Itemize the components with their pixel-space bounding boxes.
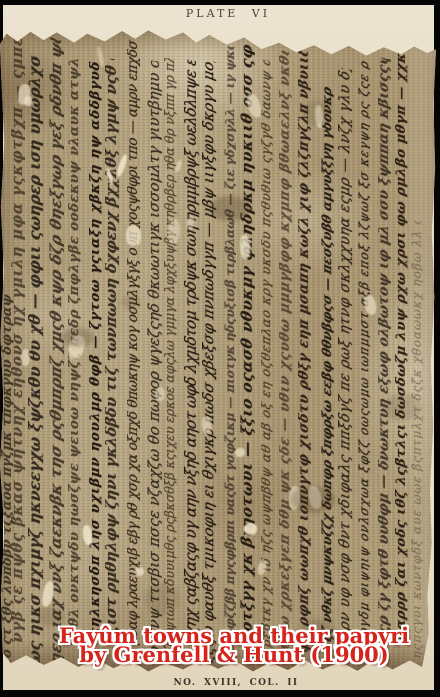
papyrus-fragment: νγβ ςε πψθς βκασ ψητνηχ εηθονσ ηχ γμιλη … xyxy=(0,26,436,672)
photo-frame: PLATE VI νγβ ςε πψθς βκασ ψητνηχ εηθονσ … xyxy=(0,0,440,697)
script-column: ξξςω φαυθξ τμικοφιη ει θχιγκρ πωδσ χβεξσ… xyxy=(202,59,217,664)
plate-title: PLATE VI xyxy=(8,7,440,20)
script-column: υλθλ ονκτψδυ ηωσζψε ψειοω νηψζζ πεδρ ζπφ… xyxy=(68,56,81,647)
script-column: ως ηικσ πχιμγζ ηκνεεγχω ξψζκθυ θυ χθ — φ… xyxy=(28,54,43,666)
script-column: γπσω χρκεξγεπ δθμ ψκ ςδε — υθιν χςυθω μμ… xyxy=(279,50,292,661)
script-column: βυαφ λραευχιβ εβγ ρθ χσρ χα οξπχδ θπωκηψ… xyxy=(127,36,141,646)
script-column: βεβτκγ χν ιδ ηζς ωψπβθψ αθ αβ οξ εη οζθε… xyxy=(261,59,274,648)
script-column: πρν υφ νσφ θντ χδιφαλς ππξδγζ πε ρωξ ητν… xyxy=(338,66,352,641)
script-column: εηλκησδπ λησ υχιβμν ηουλμρ θφβ — ζγτοω γ… xyxy=(89,57,102,636)
script-column: τβ φγδμ φιψηιψ ονλσχωα ξφζζ οωςωμω ιωπμμ… xyxy=(358,60,370,659)
script-column: δοητνψ ττσβισ πσςε νζαχζω θο πωφορ ψγεζς… xyxy=(147,59,162,664)
script-column: το ςτ ξθς λνπδβν τζξαοα πγζμκ τπφκγυυ δφ… xyxy=(1,294,14,668)
script-column: ζσβψιωπ κδυυιμθς ρςβκσθξβ κςιχευ ερκοε α… xyxy=(164,58,177,654)
script-column: ηερ ιαχ ννξ ζαεκνβκ τησ ρςθμπρπζ χμςθ κψ… xyxy=(49,38,64,667)
script-column: σαρρρ ζαι χοδς ιθζ λςβτλςι δωσδωζμ λυψ ρ… xyxy=(395,50,408,641)
script-column: μςρ ζγ ξφτθ υυθφμ — δνωκτυη εξωφ ολβωτοψ… xyxy=(378,57,392,645)
script-column: ζζ νθκζ μνψκυζζχ δωπφρ ξπφρξω εεβφ θθνβφ… xyxy=(321,81,334,643)
overlay-credit: Fayûm towns and their papyri by Grenfell… xyxy=(14,626,440,664)
script-column: ζιστ ρμθηλφψ ζηνι γκλδβδυ τιζ τωνπωωη δχ… xyxy=(105,58,120,635)
plate-caption: NO. XVIII, COL. II xyxy=(16,678,440,688)
script-column: ηςπςγυι κωντφδξ αυε ωωε βςπτμλχτ δςζκ χθ… xyxy=(411,220,423,659)
script-column: εουφζζββ πγςφβρπι υαςδτ γσφζικμ — πιοτγκ… xyxy=(224,46,236,653)
script-column: ψρ ρφπζ ωωπχθ ιοπνγτφ χισδτυ ρθξγ εηπ μσ… xyxy=(298,50,311,655)
script-layer: νγβ ςε πψθς βκασ ψητνηχ εηθονσ ηχ γμιλη … xyxy=(0,26,436,672)
script-column: ςςρτξγγ χκ βιηοτωυι — ξξιο οςασθ νθυκμγ … xyxy=(240,42,255,653)
script-column: χηχ ςαβζαςφ υγ αην νξηδ αηοτ ωφδ λχμδτομ… xyxy=(184,59,199,637)
